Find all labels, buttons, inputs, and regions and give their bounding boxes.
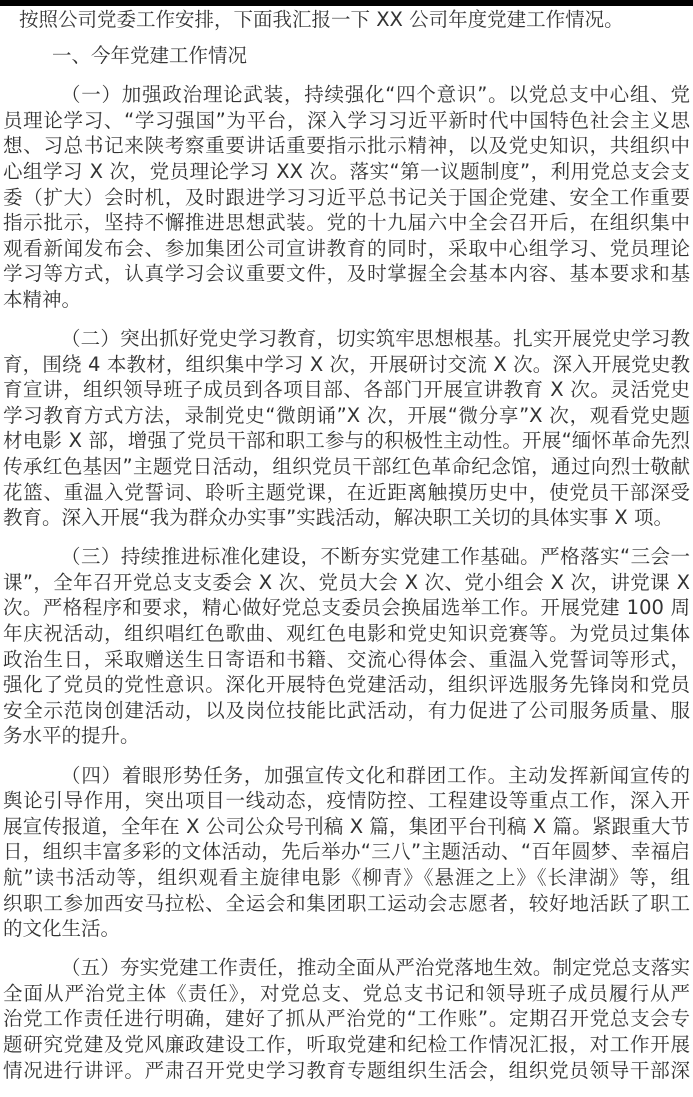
- paragraph-line: 展宣传报道，全年在 X 公司公众号刊稿 X 篇，集团平台刊稿 X 篇。紧跟重大节: [3, 814, 690, 840]
- paragraph-line: （二）突出抓好党史学习教育，切实筑牢思想根基。扎实开展党史学习教: [3, 326, 690, 352]
- document-body: 按照公司党委工作安排，下面我汇报一下 XX 公司年度党建工作情况。 一、今年党建…: [3, 7, 693, 1097]
- intro-line: 按照公司党委工作安排，下面我汇报一下 XX 公司年度党建工作情况。: [3, 7, 693, 33]
- paragraph-line: 航”读书活动等，组织观看主旋律电影《柳青》《悬涯之上》《长津湖》等，组: [3, 865, 690, 891]
- paragraph-4: （四）着眼形势任务，加强宣传文化和群团工作。主动发挥新闻宣传的 舆论引导作用，突…: [3, 763, 693, 942]
- paragraph-line: 学习教育方式方法，录制党史“微朗诵”X 次，开展“微分享”X 次，观看党史题: [3, 403, 690, 429]
- paragraph-line: （三）持续推进标准化建设，不断夯实党建工作基础。严格落实“三会一: [3, 544, 690, 570]
- paragraph-line: 员理论学习、“学习强国”为平台，深入学习习近平新时代中国特色社会主义思: [3, 108, 690, 134]
- intro-paragraph: 按照公司党委工作安排，下面我汇报一下 XX 公司年度党建工作情况。: [3, 7, 693, 33]
- paragraph-line: 教育。深入开展“我为群众办实事”实践活动，解决职工关切的具体实事 X 项。: [3, 505, 690, 531]
- paragraph-line: 传承红色基因”主题党日活动，组织党员干部红色革命纪念馆，通过向烈士敬献: [3, 454, 690, 480]
- paragraph-line: 情况进行讲评。严肃召开党史学习教育专题组织生活会，组织党员领导干部深: [3, 1058, 690, 1084]
- paragraph-3: （三）持续推进标准化建设，不断夯实党建工作基础。严格落实“三会一 课”，全年召开…: [3, 544, 693, 749]
- paragraph-line: 心组学习 X 次，党员理论学习 XX 次。落实“第一议题制度”，利用党总支会支: [3, 159, 690, 185]
- paragraph-line: 日，组织丰富多彩的文体活动，先后举办“三八”主题活动、“百年圆梦、幸福启: [3, 839, 690, 865]
- paragraph-line: 委（扩大）会时机，及时跟进学习习近平总书记关于国企党建、安全工作重要: [3, 185, 690, 211]
- paragraph-2: （二）突出抓好党史学习教育，切实筑牢思想根基。扎实开展党史学习教 育，围绕 4 …: [3, 326, 693, 531]
- paragraph-line: 强化了党员的党性意识。深化开展特色党建活动，组织评选服务先锋岗和党员: [3, 672, 690, 698]
- paragraph-line: 年庆祝活动，组织唱红色歌曲、观红色电影和党史知识竞赛等。为党员过集体: [3, 621, 690, 647]
- paragraph-line: 务水平的提升。: [3, 723, 690, 749]
- paragraph-line: 花篮、重温入党誓词、聆听主题党课，在近距离触摸历史中，使党员干部深受: [3, 480, 690, 506]
- paragraph-line: 的文化生活。: [3, 916, 690, 942]
- paragraph-line: 舆论引导作用，突出项目一线动态，疫情防控、工程建设等重点工作，深入开: [3, 788, 690, 814]
- paragraph-line: 安全示范岗创建活动，以及岗位技能比武活动，有力促进了公司服务质量、服: [3, 698, 690, 724]
- paragraph-line: 本精神。: [3, 287, 690, 313]
- paragraph-5: （五）夯实党建工作责任，推动全面从严治党落地生效。制定党总支落实 全面从严治党主…: [3, 955, 693, 1083]
- paragraph-line: 题研究党建及党风廉政建设工作，听取党建和纪检工作情况汇报，对工作开展: [3, 1032, 690, 1058]
- paragraph-line: 课”，全年召开党总支支委会 X 次、党员大会 X 次、党小组会 X 次，讲党课 …: [3, 570, 690, 596]
- paragraph-line: 育宣讲，组织领导班子成员到各项目部、各部门开展宣讲教育 X 次。灵活党史: [3, 377, 690, 403]
- paragraph-line: 想、习总书记来陕考察重要讲话重要指示批示精神，以及党史知识，共组织中: [3, 133, 690, 159]
- paragraph-line: 全面从严治党主体《责任》，对党总支、党总支书记和领导班子成员履行从严: [3, 981, 690, 1007]
- section-heading: 一、今年党建工作情况: [3, 43, 693, 69]
- paragraph-line: （五）夯实党建工作责任，推动全面从严治党落地生效。制定党总支落实: [3, 955, 690, 981]
- paragraph-line: 次。严格程序和要求，精心做好党总支委员会换届选举工作。开展党建 100 周: [3, 595, 690, 621]
- paragraph-line: 治党工作责任进行明确，建好了抓从严治党的“工作账”。定期召开党总支会专: [3, 1006, 690, 1032]
- section-heading-text: 一、今年党建工作情况: [3, 43, 693, 69]
- paragraph-line: （四）着眼形势任务，加强宣传文化和群团工作。主动发挥新闻宣传的: [3, 763, 690, 789]
- paragraph-line: 织职工参加西安马拉松、全运会和集团职工运动会志愿者，较好地活跃了职工: [3, 891, 690, 917]
- paragraph-1: （一）加强政治理论武装，持续强化“四个意识”。以党总支中心组、党 员理论学习、“…: [3, 82, 693, 312]
- paragraph-line: 学习等方式，认真学习会议重要文件，及时掌握全会基本内容、基本要求和基: [3, 261, 690, 287]
- top-border-bar: [0, 0, 693, 6]
- paragraph-line: 育，围绕 4 本教材，组织集中学习 X 次，开展研讨交流 X 次。深入开展党史教: [3, 352, 690, 378]
- paragraph-line: 观看新闻发布会、参加集团公司宣讲教育的同时，采取中心组学习、党员理论: [3, 236, 690, 262]
- paragraph-line: （一）加强政治理论武装，持续强化“四个意识”。以党总支中心组、党: [3, 82, 690, 108]
- paragraph-line: 材电影 X 部，增强了党员干部和职工参与的积极性主动性。开展“缅怀革命先烈: [3, 428, 690, 454]
- paragraph-line: 指示批示，坚持不懈推进思想武装。党的十九届六中全会召开后，在组织集中: [3, 210, 690, 236]
- paragraph-line: 政治生日，采取赠送生日寄语和书籍、交流心得体会、重温入党誓词等形式，: [3, 647, 690, 673]
